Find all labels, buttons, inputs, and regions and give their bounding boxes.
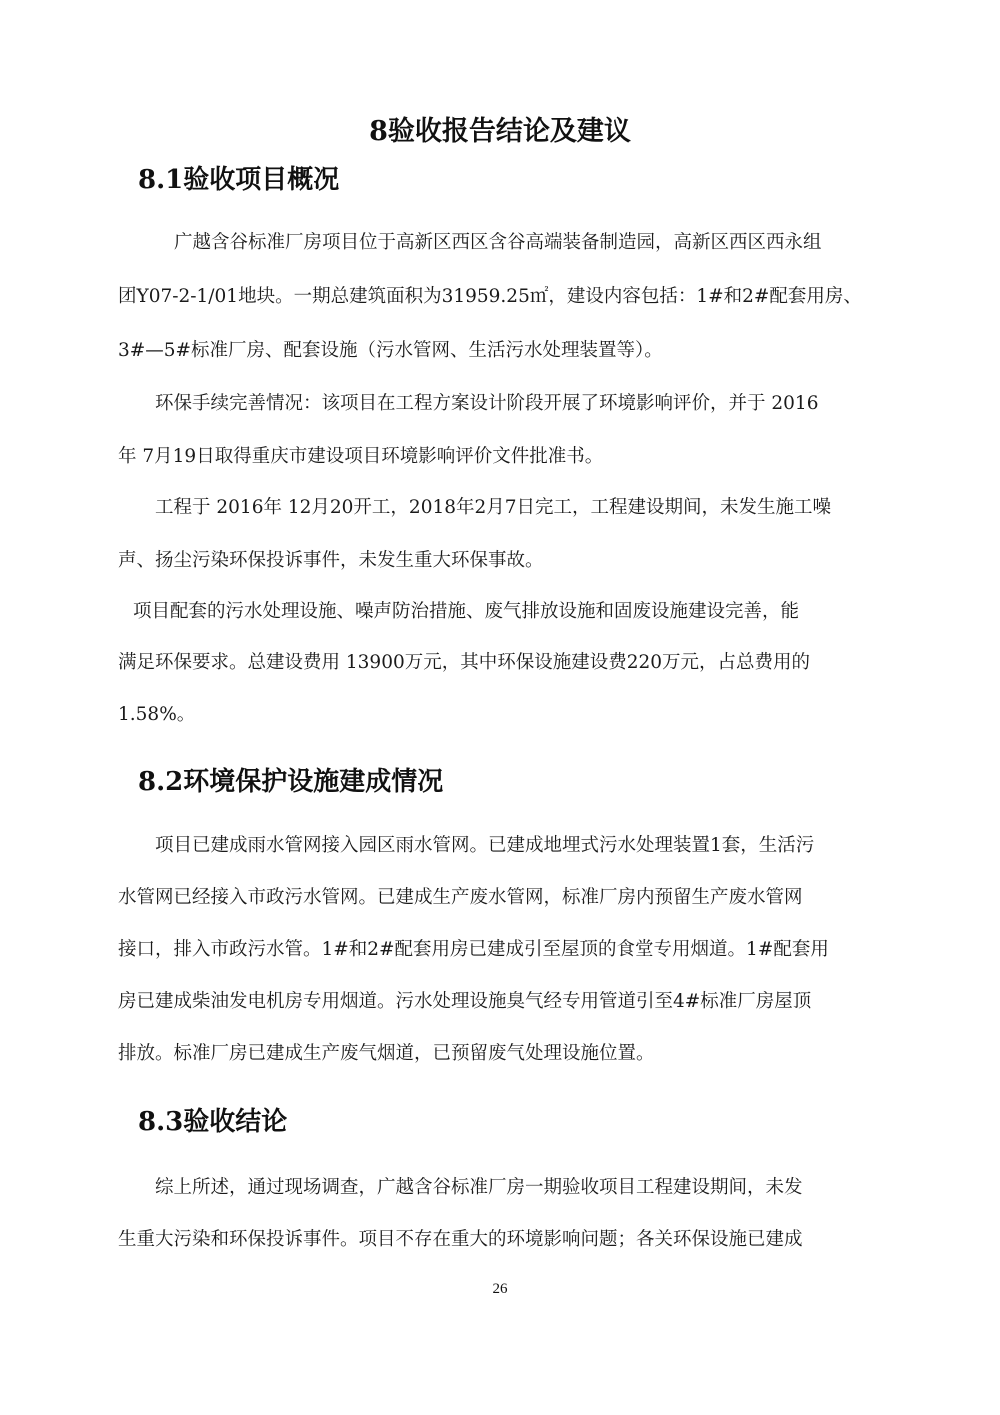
page-number: 26 [0,1279,1000,1299]
section-heading-8-1: 8.1验收项目概况 [138,162,339,198]
section-heading-8-2: 8.2环境保护设施建成情况 [138,764,443,800]
text-line: 房已建成柴油发电机房专用烟道。污水处理设施臭气经专用管道引至4#标准厂房屋顶 [118,989,811,1015]
text-line: 接口，排入市政污水管。1#和2#配套用房已建成引至屋顶的食堂专用烟道。1#配套用 [118,937,829,963]
text-line: 1.58%。 [118,702,195,728]
text-line: 排放。标准厂房已建成生产废气烟道，已预留废气处理设施位置。 [118,1041,655,1067]
text-line: 环保手续完善情况：该项目在工程方案设计阶段开展了环境影响评价，并于 2016 [155,391,818,417]
text-line: 水管网已经接入市政污水管网。已建成生产废水管网，标准厂房内预留生产废水管网 [118,885,803,911]
text-line: 生重大污染和环保投诉事件。项目不存在重大的环境影响问题；各关环保设施已建成 [118,1227,803,1253]
text-line: 年 7月19日取得重庆市建设项目环境影响评价文件批准书。 [118,444,603,470]
text-line: 工程于 2016年 12月20开工，2018年2月7日完工，工程建设期间，未发生… [155,495,831,521]
document-title: 8验收报告结论及建议 [0,114,1000,150]
section-heading-8-3: 8.3验收结论 [138,1104,287,1140]
text-line: 项目配套的污水处理设施、噪声防治措施、废气排放设施和固废设施建设完善，能 [133,599,799,625]
text-line: 声、扬尘污染环保投诉事件，未发生重大环保事故。 [118,548,544,574]
document-page: 8验收报告结论及建议 8.1验收项目概况 广越含谷标准厂房项目位于高新区西区含谷… [0,0,1000,1415]
text-line: 广越含谷标准厂房项目位于高新区西区含谷高端装备制造园，高新区西区西永组 [174,230,822,256]
text-line: 综上所述，通过现场调查，广越含谷标准厂房一期验收项目工程建设期间，未发 [155,1175,803,1201]
text-line: 3#—5#标准厂房、配套设施（污水管网、生活污水处理装置等）。 [118,338,663,364]
text-line: 团Y07-2-1/01地块。一期总建筑面积为31959.25㎡，建设内容包括：1… [118,284,862,310]
text-line: 满足环保要求。总建设费用 13900万元，其中环保设施建设费220万元，占总费用… [118,650,810,676]
text-line: 项目已建成雨水管网接入园区雨水管网。已建成地埋式污水处理装置1套，生活污 [155,833,814,859]
